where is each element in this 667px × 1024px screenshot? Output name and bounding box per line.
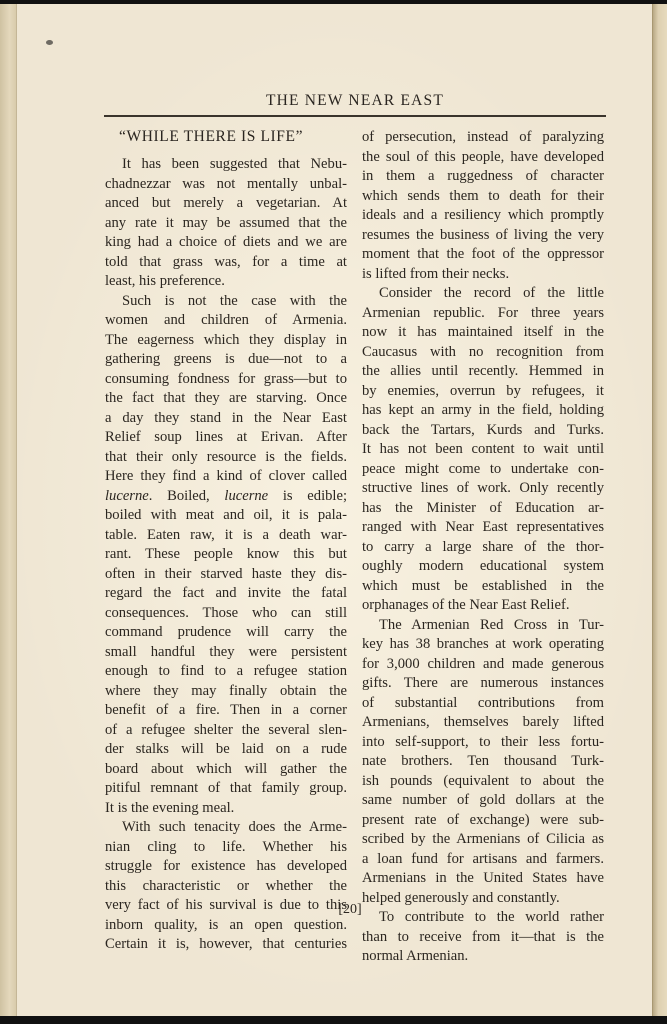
- text-line: command prudence will carry the: [105, 623, 347, 643]
- text-line: Relief soup lines at Erivan. After: [105, 428, 347, 448]
- text-line: chadnezzar was not mentally unbal-: [105, 175, 347, 195]
- text-line: table. Eaten raw, it is a death war-: [105, 526, 347, 546]
- page-edge-right: [652, 4, 667, 1016]
- text-line: ideals and a resiliency which promptly: [362, 206, 604, 226]
- page-gutter-left: [0, 4, 17, 1016]
- text-line: is lifted from their necks.: [362, 265, 604, 285]
- text-line: key has 38 branches at work operating: [362, 635, 604, 655]
- running-header: THE NEW NEAR EAST: [100, 92, 610, 110]
- text-line: present rate of exchange) were sub-: [362, 811, 604, 831]
- text-line: regard the fact and invite the fatal: [105, 584, 347, 604]
- text-line: Here they find a kind of clover called: [105, 467, 347, 487]
- text-line: The eagerness which they display in: [105, 331, 347, 351]
- text-line: a day they stand in the Near East: [105, 409, 347, 429]
- text-line: scribed by the Armenians of Cilicia as: [362, 830, 604, 850]
- text-line: Armenians, themselves barely lifted: [362, 713, 604, 733]
- text-line: a loan fund for artisans and farmers.: [362, 850, 604, 870]
- text-line: resumes the business of living the very: [362, 226, 604, 246]
- text-line: nian cling to life. Whether his: [105, 838, 347, 858]
- text-line: king had a choice of diets and we are: [105, 233, 347, 253]
- text-line: where they may finally obtain the: [105, 682, 347, 702]
- text-line: in them a ruggedness of character: [362, 167, 604, 187]
- text-line: The Armenian Red Cross in Tur-: [362, 616, 604, 636]
- text-line: the allies until recently. Hemmed in: [362, 362, 604, 382]
- text-line: told that grass was, for a time at: [105, 253, 347, 273]
- text-line: anced but merely a vegetarian. At: [105, 194, 347, 214]
- text-line: Consider the record of the little: [362, 284, 604, 304]
- text-line: into self-support, to their less fortu-: [362, 733, 604, 753]
- text-line: struggle for existence has developed: [105, 857, 347, 877]
- text-line: this characteristic or whether the: [105, 877, 347, 897]
- text-line: small handful they were persistent: [105, 643, 347, 663]
- text-line: of a refugee shelter the several slen-: [105, 721, 347, 741]
- text-line: consequences. Those who can still: [105, 604, 347, 624]
- text-line: rant. These people know this but: [105, 545, 347, 565]
- text-line: Armenians in the United States have: [362, 869, 604, 889]
- text-line: With such tenacity does the Arme-: [105, 818, 347, 838]
- text-line: that their only resource is the fields.: [105, 448, 347, 468]
- text-line: Caucasus with no recognition from: [362, 343, 604, 363]
- book-page: THE NEW NEAR EAST “WHILE THERE IS LIFE” …: [0, 4, 667, 1016]
- text-line: of persecution, instead of paralyzing: [362, 128, 604, 148]
- text-line: by enemies, overrun by refugees, it: [362, 382, 604, 402]
- text-line: which sends them to death for their: [362, 187, 604, 207]
- text-line: has the Minister of Education ar-: [362, 499, 604, 519]
- text-line: ish pounds (equivalent to about the: [362, 772, 604, 792]
- text-line: pitiful remnant of that family group.: [105, 779, 347, 799]
- text-line: peace might come to undertake con-: [362, 460, 604, 480]
- page-number: [20]: [300, 902, 400, 918]
- text-line: back the Tartars, Kurds and Turks.: [362, 421, 604, 441]
- text-line: board about which will gather the: [105, 760, 347, 780]
- text-line: inborn quality, is an open question.: [105, 916, 347, 936]
- header-rule: [104, 115, 606, 117]
- text-line: the fact that they are starving. Once: [105, 389, 347, 409]
- text-line: to carry a large share of the thor-: [362, 538, 604, 558]
- text-line: same number of gold dollars at the: [362, 791, 604, 811]
- text-line: nate brothers. Ten thousand Turk-: [362, 752, 604, 772]
- text-line: orphanages of the Near East Relief.: [362, 596, 604, 616]
- text-line: structive lines of work. Only recently: [362, 479, 604, 499]
- text-line: gifts. There are numerous instances: [362, 674, 604, 694]
- text-line: der stalks will be laid on a rude: [105, 740, 347, 760]
- text-line: It has been suggested that Nebu-: [105, 155, 347, 175]
- text-line: moment that the foot of the oppressor: [362, 245, 604, 265]
- text-line: Armenian republic. For three years: [362, 304, 604, 324]
- paper-blemish: [46, 40, 53, 45]
- text-line: It is the evening meal.: [105, 799, 347, 819]
- text-line: gathering greens is due—not to a: [105, 350, 347, 370]
- text-line: now it has maintained itself in the: [362, 323, 604, 343]
- text-line: benefit of a fire. Then in a corner: [105, 701, 347, 721]
- text-line: of substantial contributions from: [362, 694, 604, 714]
- text-line: often in their starved haste they dis-: [105, 565, 347, 585]
- text-line: women and children of Armenia.: [105, 311, 347, 331]
- text-line: ranged with Near East representatives: [362, 518, 604, 538]
- article-title: “WHILE THERE IS LIFE”: [119, 128, 303, 146]
- text-line: normal Armenian.: [362, 947, 604, 967]
- text-line: least, his preference.: [105, 272, 347, 292]
- text-line: which must be established in the: [362, 577, 604, 597]
- text-line: enough to find to a refugee station: [105, 662, 347, 682]
- text-line: the soul of this people, have developed: [362, 148, 604, 168]
- text-line: has kept an army in the field, holding: [362, 401, 604, 421]
- text-line: for 3,000 children and made generous: [362, 655, 604, 675]
- text-line: oughly modern educational system: [362, 557, 604, 577]
- text-line: It has not been content to wait until: [362, 440, 604, 460]
- text-line: lucerne. Boiled, lucerne is edible;: [105, 487, 347, 507]
- text-line: Such is not the case with the: [105, 292, 347, 312]
- text-line: boiled with meat and oil, it is pala-: [105, 506, 347, 526]
- text-line: Certain it is, however, that centuries: [105, 935, 347, 955]
- text-line: any rate it may be assumed that the: [105, 214, 347, 234]
- text-line: consuming fondness for grass—but to: [105, 370, 347, 390]
- text-line: than to receive from it—that is the: [362, 928, 604, 948]
